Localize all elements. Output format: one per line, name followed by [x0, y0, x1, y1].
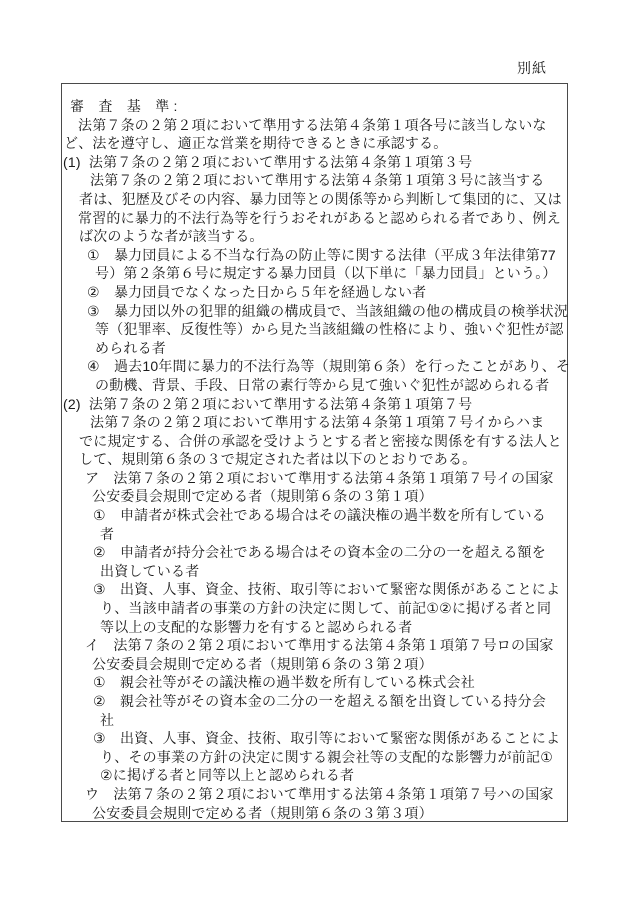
document-title: 審 査 基 準 :	[62, 97, 567, 116]
doc-line-23: ① 申請者が株式会社である場合はその議決権の過半数を所有している	[62, 506, 567, 525]
doc-line-7: 常習的に暴力的不法行為等を行うおそれがあると認められる者であり、例え	[62, 209, 567, 228]
doc-line-4: (1) 法第７条の２第２項において準用する法第４条第１項第３号	[62, 153, 567, 172]
doc-line-32: ① 親会社等がその議決権の過半数を所有している株式会社	[62, 673, 567, 692]
doc-line-35: ③ 出資、人事、資金、技術、取引等において緊密な関係があることによ	[62, 729, 567, 748]
doc-line-16: の動機、背景、手段、日常の素行等から見て強いぐ犯性が認められる者	[62, 376, 567, 395]
doc-line-29: 等以上の支配的な影響力を有すると認められる者	[62, 618, 567, 637]
doc-line-34: 社	[62, 711, 567, 730]
doc-line-5: 法第７条の２第２項において準用する法第４条第１項第３号に該当する	[62, 171, 567, 190]
doc-line-2: 法第７条の２第２項において準用する法第４条第１項各号に該当しないな	[62, 116, 567, 135]
doc-line-14: められる者	[62, 339, 567, 358]
doc-line-17: (2) 法第７条の２第２項において準用する法第４条第１項第７号	[62, 395, 567, 414]
doc-line-11: ② 暴力団員でなくなった日から５年を経過しない者	[62, 283, 567, 302]
doc-line-8: ば次のような者が該当する。	[62, 227, 567, 246]
doc-line-31: 公安委員会規則で定める者（規則第６条の３第２項）	[62, 655, 567, 674]
attachment-label: 別紙	[517, 60, 547, 77]
doc-line-30: イ 法第７条の２第２項において準用する法第４条第１項第７号ロの国家	[62, 636, 567, 655]
doc-line-20: して、規則第６条の３で規定された者は以下のとおりである。	[62, 450, 567, 469]
doc-line-22: 公安委員会規則で定める者（規則第６条の３第１項）	[62, 487, 567, 506]
doc-line-12: ③ 暴力団以外の犯罪的組織の構成員で、当該組織の他の構成員の検挙状況	[62, 302, 567, 321]
doc-line-21: ア 法第７条の２第２項において準用する法第４条第１項第７号イの国家	[62, 469, 567, 488]
doc-line-28: り、当該申請者の事業の方針の決定に関して、前記①②に掲げる者と同	[62, 599, 567, 618]
doc-line-13: 等（犯罪率、反復性等）から見た当該組織の性格により、強いぐ犯性が認	[62, 320, 567, 339]
doc-line-15: ④ 過去10年間に暴力的不法行為等（規則第６条）を行ったことがあり、そ	[62, 357, 567, 376]
doc-line-26: 出資している者	[62, 562, 567, 581]
doc-line-9: ① 暴力団員による不当な行為の防止等に関する法律（平成３年法律第77	[62, 246, 567, 265]
doc-line-3: ど、法を遵守し、適正な営業を期待できるときに承認する。	[62, 134, 567, 153]
doc-line-19: でに規定する、合併の承認を受けようとする者と密接な関係を有する法人と	[62, 432, 567, 451]
doc-line-27: ③ 出資、人事、資金、技術、取引等において緊密な関係があることによ	[62, 580, 567, 599]
doc-line-10: 号）第２条第６号に規定する暴力団員（以下単に「暴力団員」という。）	[62, 264, 567, 283]
doc-line-38: ウ 法第７条の２第２項において準用する法第４条第１項第７号ハの国家	[62, 785, 567, 804]
document-box: 審 査 基 準 :法第７条の２第２項において準用する法第４条第１項各号に該当しな…	[61, 83, 568, 822]
doc-line-39: 公安委員会規則で定める者（規則第６条の３第３項）	[62, 804, 567, 823]
doc-line-37: ②に掲げる者と同等以上と認められる者	[62, 766, 567, 785]
doc-line-18: 法第７条の２第２項において準用する法第４条第１項第７号イからハま	[62, 413, 567, 432]
doc-line-25: ② 申請者が持分会社である場合はその資本金の二分の一を超える額を	[62, 543, 567, 562]
doc-line-6: 者は、犯歴及びその内容、暴力団等との関係等から判断して集団的に、又は	[62, 190, 567, 209]
doc-line-33: ② 親会社等がその資本金の二分の一を超える額を出資している持分会	[62, 692, 567, 711]
document-body: 審 査 基 準 :法第７条の２第２項において準用する法第４条第１項各号に該当しな…	[62, 84, 567, 822]
doc-line-36: り、その事業の方針の決定に関する親会社等の支配的な影響力が前記①	[62, 748, 567, 767]
doc-line-24: 者	[62, 525, 567, 544]
